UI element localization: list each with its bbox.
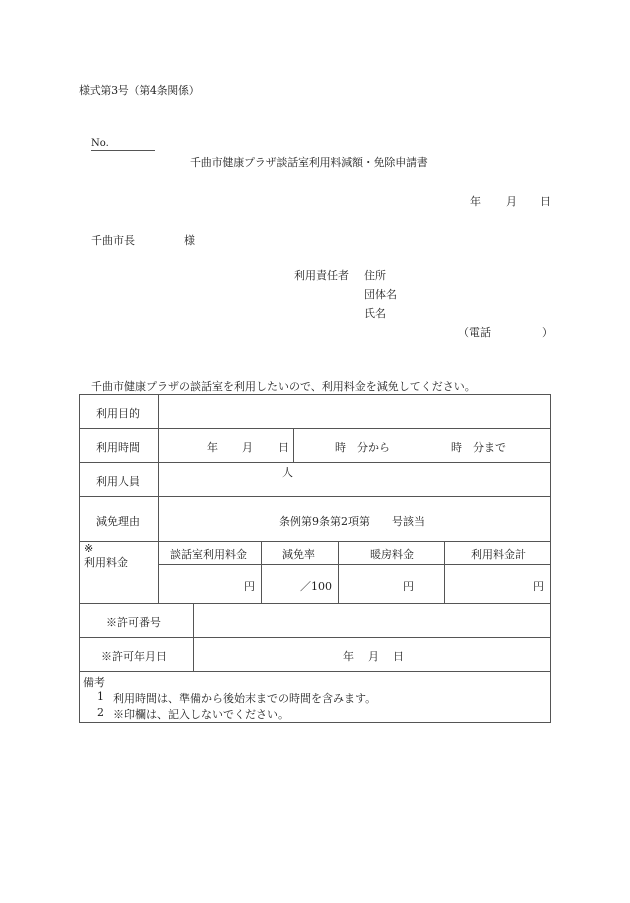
request-statement: 千曲市健康プラザの談話室を利用したいので、利用料金を減免してください。: [91, 378, 476, 394]
phone-field-label: （電話: [458, 324, 491, 340]
table-border-bottom: [79, 722, 551, 723]
row-divider: [158, 564, 551, 565]
note-number: 2: [97, 706, 104, 719]
col-divider: [444, 541, 445, 603]
document-title: 千曲市健康プラザ談話室利用料減額・免除申請書: [190, 154, 428, 170]
fee-label: 利用料金: [84, 554, 128, 570]
fee-header-room: 談話室利用料金: [170, 546, 247, 562]
reason-label: 減免理由: [96, 513, 140, 529]
addressee: 千曲市長: [91, 232, 135, 248]
phone-close-paren: ）: [542, 324, 553, 340]
row-divider: [79, 671, 551, 672]
time-from-hour-label: 時: [335, 439, 346, 455]
fee-value-rate[interactable]: ／100: [300, 578, 332, 594]
time-day-label: 日: [278, 439, 289, 455]
note-text: 利用時間は、準備から後始末までの時間を含みます。: [113, 690, 376, 706]
row-divider: [79, 496, 551, 497]
row-divider: [79, 637, 551, 638]
people-label: 利用人員: [96, 473, 140, 489]
table-border-right: [550, 394, 551, 723]
date-month-label: 月: [506, 193, 517, 209]
number-field[interactable]: No.: [91, 138, 155, 151]
col-divider: [293, 428, 294, 462]
form-number: 様式第3号（第4条関係）: [79, 82, 199, 98]
col-divider: [261, 541, 262, 603]
permit-number-label: ※許可番号: [106, 614, 161, 630]
name-field-label: 氏名: [364, 305, 386, 321]
applicant-label: 利用責任者: [294, 267, 349, 283]
purpose-field[interactable]: [159, 395, 550, 428]
col-divider: [338, 541, 339, 603]
time-year-label: 年: [207, 439, 218, 455]
table-border-left: [79, 394, 80, 723]
fee-value-heating[interactable]: 円: [403, 578, 414, 594]
notes-title: 備考: [83, 674, 105, 690]
fee-header-heating: 暖房料金: [370, 546, 414, 562]
people-field[interactable]: [159, 463, 550, 496]
honorific: 様: [184, 232, 195, 248]
row-divider: [79, 541, 551, 542]
time-from-minute-label: 分から: [357, 439, 390, 455]
fee-value-room[interactable]: 円: [244, 578, 255, 594]
fee-header-total: 利用料金計: [471, 546, 526, 562]
time-to-minute-label: 分まで: [473, 439, 506, 455]
note-number: 1: [97, 690, 104, 703]
fee-value-total[interactable]: 円: [533, 578, 544, 594]
note-text: ※印欄は、記入しないでください。: [113, 706, 289, 722]
permit-month-label: 月: [368, 648, 379, 664]
time-to-hour-label: 時: [451, 439, 462, 455]
time-label: 利用時間: [96, 439, 140, 455]
permit-year-label: 年: [343, 648, 354, 664]
permit-day-label: 日: [393, 648, 404, 664]
row-divider: [79, 428, 551, 429]
date-day-label: 日: [540, 193, 551, 209]
fee-header-rate: 減免率: [282, 546, 315, 562]
organization-field-label: 団体名: [364, 286, 397, 302]
date-year-label: 年: [470, 193, 481, 209]
time-month-label: 月: [242, 439, 253, 455]
purpose-label: 利用目的: [96, 405, 140, 421]
reason-text: 条例第9条第2項第 号該当: [279, 513, 425, 529]
permit-number-field[interactable]: [194, 604, 550, 637]
address-field-label: 住所: [364, 267, 386, 283]
permit-date-label: ※許可年月日: [101, 648, 167, 664]
